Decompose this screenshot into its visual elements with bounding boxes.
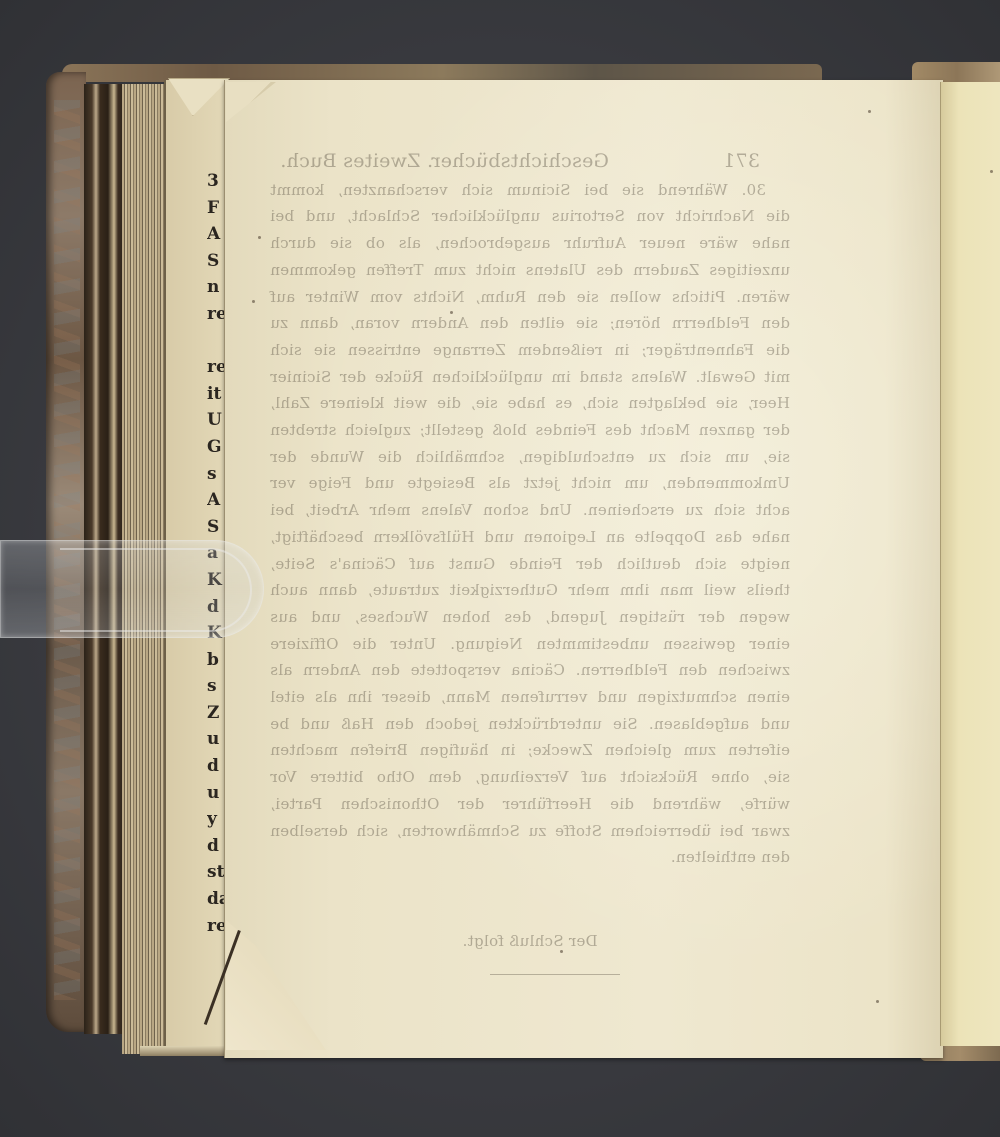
text-line: eiferten zum gleichen Zwecke; in häufige… <box>270 737 790 764</box>
text-line: den enthielten. <box>270 844 790 871</box>
text-line: wegen der rüstigen Jugend, des hohen Wuc… <box>270 604 790 631</box>
text-line: zwischen den Feldherren. Cäcina verspott… <box>270 657 790 684</box>
text-line: die Fahnenträger; in reißendem Zerrange … <box>270 337 790 364</box>
running-header: 371 Geschichtsbücher. Zweites Buch. <box>270 148 790 175</box>
text-line: 30. Während sie bei Sicinum sich verscha… <box>270 177 790 204</box>
text-line: mit Gewalt. Walens stand im unglückliche… <box>270 364 790 391</box>
text-line: die Nachricht von Sertorius unglückliche… <box>270 203 790 230</box>
catchword: Der Schluß folgt. <box>430 928 630 955</box>
text-line: nahe das Doppelte an Legionen und Hülfsv… <box>270 524 790 551</box>
text-line: und aufgeblasen. Sie unterdrückten jedoc… <box>270 711 790 738</box>
show-through-text: 371 Geschichtsbücher. Zweites Buch. 30. … <box>270 148 790 871</box>
text-line: der ganzen Macht des Feindes bloß gestel… <box>270 417 790 444</box>
text-line: einen schmutzigen und verrufenen Mann, d… <box>270 684 790 711</box>
text-line: nahe wäre neuer Aufruhr ausgebrochen, al… <box>270 230 790 257</box>
header-title: Geschichtsbücher. Zweites Buch. <box>280 148 609 175</box>
clip-inner-loop <box>60 548 252 632</box>
book-cover-top-right-edge <box>912 62 1000 82</box>
text-line: neigte sich deutlich der Feinde Gunst au… <box>270 551 790 578</box>
text-line: theils weil man ihm mehr Gutherzigkeit z… <box>270 577 790 604</box>
text-line: den Feldherrn hören; sie eilten den Ande… <box>270 310 790 337</box>
text-line: einer gewissen unbestimmten Neigung. Unt… <box>270 631 790 658</box>
text-line: Umkommenden, um nicht jetzt als Besiegte… <box>270 470 790 497</box>
text-line: unzeitiges Zaudern des Ulatens nicht zum… <box>270 257 790 284</box>
page-number: 371 <box>723 148 760 175</box>
text-line: sie, um sich zu entschuldigen, schmählic… <box>270 444 790 471</box>
text-line: Heer, sie beklagten sich, es habe sie, d… <box>270 390 790 417</box>
end-rule <box>490 974 620 975</box>
text-line: zwar bei überreichem Stoffe zu Schmähwor… <box>270 818 790 845</box>
text-line: acht sich zu erscheinen. Und schon Valen… <box>270 497 790 524</box>
text-line: würfe, während die Heerführer der Othoni… <box>270 791 790 818</box>
text-line: wären. Pitichs wollen sie den Ruhm, Nich… <box>270 284 790 311</box>
text-line: sie, ohne Rücksicht auf Verzeihung, dem … <box>270 764 790 791</box>
right-page-edge <box>940 82 1000 1046</box>
